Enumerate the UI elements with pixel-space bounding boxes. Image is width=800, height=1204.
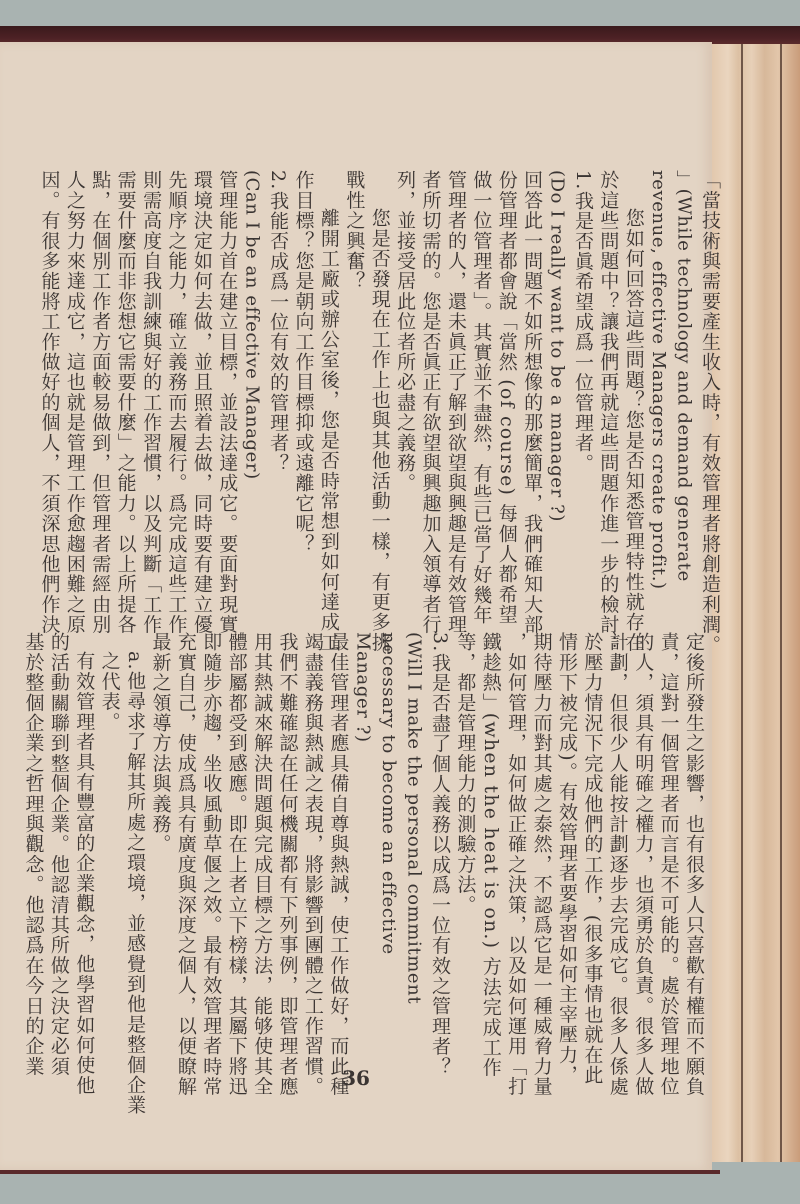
text-column: 計劃，但很少人能按計劃逐步去完成它。很多人係處 xyxy=(604,632,629,1040)
page-edge-line xyxy=(780,44,782,1162)
text-column: 「當技術與需要產生收入時，有效管理者將創造利潤。 xyxy=(697,170,722,610)
question-english-3: necessary to become an effective xyxy=(376,632,401,1040)
text-column: 則需高度自我訓練與好的工作習慣，以及判斷「工作 xyxy=(138,170,163,610)
text-column: 於這些問題中？讓我們再就這些問題作進一步的檢討： xyxy=(595,170,620,610)
text-column: 的活動關聯到整個企業。他認清其所做之決定必須 xyxy=(45,632,70,1040)
text-column: 份管理者都會說「當然 (of course) 每個人都希望 xyxy=(493,170,518,610)
text-column: 您是否發現在工作上也與其他活動一樣，有更多挑 xyxy=(366,170,391,610)
text-column: ，如何管理，如何做正確之決策，以及如何運用「打 xyxy=(503,632,528,1040)
text-column: 回答此一問題不如所想像的那麼簡單，我們確知大部 xyxy=(519,170,544,610)
text-column: 期待壓力而對其處之泰然，不認爲它是一種威脅力量 xyxy=(528,632,553,1040)
text-column: 管理能力首在建立目標，並設法達成它。要面對現實 xyxy=(214,170,239,610)
text-column: 點，在個別工作者方面較易做到，但管理者需經由別 xyxy=(87,170,112,610)
text-column: 做一位管理者」。其實並不盡然，有些已當了好幾年 xyxy=(468,170,493,610)
question-english-3: Manager ?) xyxy=(350,632,375,1040)
sub-item-a: a.他尋求了解其所處之環境，並感覺到他是整個企業 xyxy=(122,632,147,1040)
page-edge-line xyxy=(741,44,743,1162)
question-heading-1: 1.我是否眞希望成爲一位管理者。 xyxy=(570,170,595,610)
text-column: 鐵趁熱」(when the heat is on.) 方法完成工作 xyxy=(477,632,502,1040)
question-english-3: (Will I make the personal commitment xyxy=(401,632,426,1040)
top-text-section: 「當技術與需要產生收入時，有效管理者將創造利潤。 」(While technol… xyxy=(122,170,722,610)
question-heading-3: 3.我是否盡了個人義務以成爲一位有效之管理者？ xyxy=(427,632,452,1040)
text-column: 之代表。 xyxy=(96,632,121,1040)
text-column-english: revenue, effective Managers create profi… xyxy=(646,170,671,610)
text-column: 基於整個企業之哲理與觀念。他認爲在今日的企業 xyxy=(20,632,45,1040)
text-column: 因。有很多能將工作做好的個人，不須深思他們作決 xyxy=(36,170,61,610)
text-column: 最新之領導方法與義務。 xyxy=(147,632,172,1040)
text-column: 您如何回答這些問題？您是否知悉管理特性就存在 xyxy=(620,170,645,610)
text-column: 者所切需的。您是否眞正有欲望與興趣加入領導者行 xyxy=(417,170,442,610)
text-column: 先順序之能力，確立義務而去履行。爲完成這些工作 xyxy=(163,170,188,610)
question-heading-2: 2.我能否成爲一位有效的管理者？ xyxy=(265,170,290,610)
text-column: 環境決定如何去做，並且照着去做，同時要有建立優 xyxy=(188,170,213,610)
text-column: 充實自己，使成爲具有廣度與深度之個人，以便瞭解 xyxy=(172,632,197,1040)
text-column: 責，這對一個管理者而言是不可能的。處於管理地位 xyxy=(655,632,680,1040)
text-column: 即隨步亦趨，坐收風動草偃之效。最有效管理者時常 xyxy=(198,632,223,1040)
text-column: 戰性之興奮？ xyxy=(341,170,366,610)
text-column: 列，並接受居此位者所必盡之義務。 xyxy=(392,170,417,610)
page-number: 36 xyxy=(336,1066,376,1090)
text-column: 最佳管理者應具備自尊與熱誠，使工作做好，而此種 xyxy=(325,632,350,1040)
text-column: 情形下被完成)。有效管理者要學習如何主宰壓力， xyxy=(554,632,579,1040)
text-column: 體部屬都受到感應。即在上者立下榜樣，其屬下將迅 xyxy=(223,632,248,1040)
page-edges xyxy=(712,44,800,1162)
question-english-2: (Can I be an effective Manager) xyxy=(239,170,264,610)
text-column: 我們不難確認在任何機關都有下列事例，即管理者應 xyxy=(274,632,299,1040)
item-number: 1. xyxy=(572,170,594,191)
item-number: 3. xyxy=(429,632,451,653)
text-column: 用其熱誠來解決問題與完成目標之方法，能够使其全 xyxy=(249,632,274,1040)
text-column: 作目標？您是朝向工作目標抑或遠離它呢？ xyxy=(290,170,315,610)
item-number: 2. xyxy=(267,170,289,191)
text-column: 於壓力情況下完成他們的工作，(很多事情也就在此 xyxy=(579,632,604,1040)
text-column: 人之努力來達成它，這也就是管理工作愈趨困難之原 xyxy=(61,170,86,610)
text-column: 離開工廠或辦公室後，您是否時常想到如何達成工 xyxy=(316,170,341,610)
text-column: 的人，須具有明確之權力，也須勇於負責。很多人做 xyxy=(630,632,655,1040)
text-column-english: 」(While technology and demand generate xyxy=(671,170,696,610)
question-english-1: (Do I really want to be a manager ?) xyxy=(544,170,569,610)
book-cover-bottom-edge xyxy=(0,1170,720,1174)
text-column: 定後所發生之影響，也有很多人只喜歡有權而不願負 xyxy=(681,632,706,1040)
text-column: 需要什麼而非您想它需要什麼」之能力。以上所提各 xyxy=(112,170,137,610)
text-column: 等，都是管理能力的測驗方法。 xyxy=(452,632,477,1040)
text-column: 有效管理者具有豐富的企業觀念，他學習如何使他 xyxy=(71,632,96,1040)
item-letter: a. xyxy=(124,651,146,671)
text-column: 管理者的人，還未眞正了解到欲望與興趣是有效管理 xyxy=(443,170,468,610)
bottom-text-section: 定後所發生之影響，也有很多人只喜歡有權而不願負 責，這對一個管理者而言是不可能的… xyxy=(106,632,706,1040)
text-column: 竭盡義務與熱誠之表現，將影響到團體之工作習慣。 xyxy=(300,632,325,1040)
